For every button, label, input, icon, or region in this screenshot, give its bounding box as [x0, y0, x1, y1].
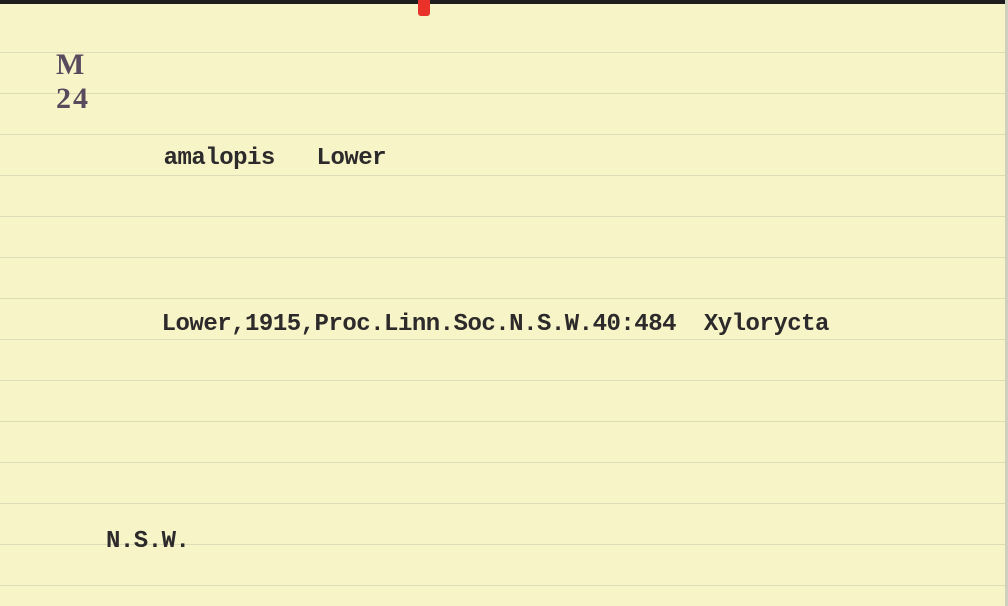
stamp-number: 24	[56, 82, 90, 115]
original-genus: Xylorycta	[704, 311, 829, 338]
locality: N.S.W.	[106, 528, 189, 555]
name-line: amalopis Lower	[108, 118, 386, 199]
stamp-letter: M	[56, 48, 86, 81]
citation-line: Lower,1915,Proc.Linn.Soc.N.S.W.40:484 Xy…	[106, 284, 829, 365]
species-epithet: amalopis	[164, 145, 275, 172]
catalog-stamp: M 24	[18, 14, 90, 150]
reference-citation: Lower,1915,Proc.Linn.Soc.N.S.W.40:484	[162, 311, 676, 338]
red-tab-marker	[418, 0, 430, 16]
author-name: Lower	[317, 145, 387, 172]
index-card: M 24 amalopis Lower Lower,1915,Proc.Linn…	[0, 4, 1006, 606]
